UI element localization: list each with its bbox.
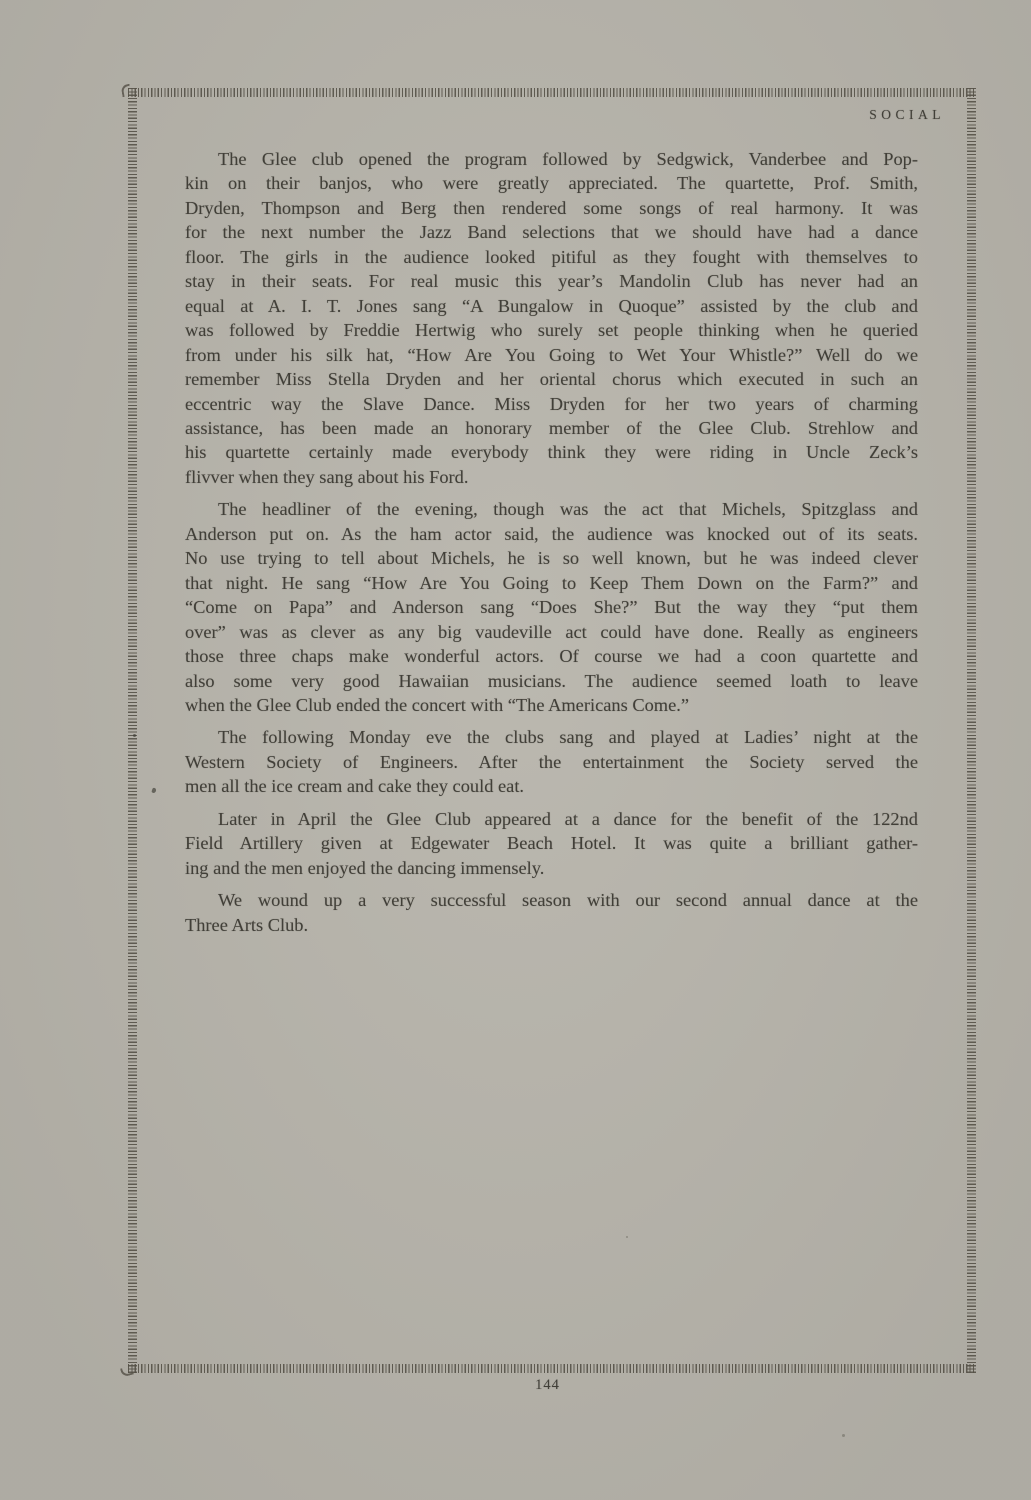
text-line: that night. He sang “How Are You Going t… bbox=[185, 571, 918, 595]
paragraph: The following Monday eve the clubs sang … bbox=[185, 725, 918, 798]
paragraph: Later in April the Glee Club appeared at… bbox=[185, 807, 918, 880]
text-line: over” was as clever as any big vaudevill… bbox=[185, 620, 918, 644]
text-line: men all the ice cream and cake they coul… bbox=[185, 774, 918, 798]
text-line: floor. The girls in the audience looked … bbox=[185, 245, 918, 269]
text-line: ing and the men enjoyed the dancing imme… bbox=[185, 856, 918, 880]
text-line: assistance, has been made an honorary me… bbox=[185, 416, 918, 440]
text-line: The headliner of the evening, though was… bbox=[185, 497, 918, 521]
text-line: remember Miss Stella Dryden and her orie… bbox=[185, 367, 918, 391]
page-number: 144 bbox=[0, 1377, 1031, 1394]
text-line: Anderson put on. As the ham actor said, … bbox=[185, 522, 918, 546]
paper-speck bbox=[626, 1236, 628, 1238]
text-line: The following Monday eve the clubs sang … bbox=[185, 725, 918, 749]
text-line: No use trying to tell about Michels, he … bbox=[185, 546, 918, 570]
border-bottom bbox=[128, 1364, 976, 1373]
text-line: eccentric way the Slave Dance. Miss Dryd… bbox=[185, 392, 918, 416]
text-line: Field Artillery given at Edgewater Beach… bbox=[185, 831, 918, 855]
paragraph: The headliner of the evening, though was… bbox=[185, 497, 918, 717]
text-line: Three Arts Club. bbox=[185, 913, 918, 937]
text-line: Dryden, Thompson and Berg then rendered … bbox=[185, 196, 918, 220]
text-line: flivver when they sang about his Ford. bbox=[185, 465, 918, 489]
paper-speck bbox=[828, 210, 830, 212]
text-line: The Glee club opened the program followe… bbox=[185, 147, 918, 171]
border-top bbox=[128, 88, 976, 97]
text-line: Later in April the Glee Club appeared at… bbox=[185, 807, 918, 831]
text-line: We wound up a very successful season wit… bbox=[185, 888, 918, 912]
scanned-book-page: SOCIAL The Glee club opened the program … bbox=[0, 0, 1031, 1500]
text-line: equal at A. I. T. Jones sang “A Bungalow… bbox=[185, 294, 918, 318]
paper-speck bbox=[842, 1434, 845, 1437]
text-line: stay in their seats. For real music this… bbox=[185, 269, 918, 293]
text-line: when the Glee Club ended the concert wit… bbox=[185, 693, 918, 717]
text-line: was followed by Freddie Hertwig who sure… bbox=[185, 318, 918, 342]
border-left bbox=[128, 88, 137, 1373]
border-corner-curl bbox=[120, 1366, 134, 1378]
paragraph: We wound up a very successful season wit… bbox=[185, 888, 918, 937]
text-line: his quartette certainly made everybody t… bbox=[185, 440, 918, 464]
text-line: also some very good Hawaiian musicians. … bbox=[185, 669, 918, 693]
article-text: The Glee club opened the program followe… bbox=[185, 147, 918, 937]
text-line: “Come on Papa” and Anderson sang “Does S… bbox=[185, 595, 918, 619]
text-line: from under his silk hat, “How Are You Go… bbox=[185, 343, 918, 367]
text-line: for the next number the Jazz Band select… bbox=[185, 220, 918, 244]
paper-speck bbox=[133, 734, 136, 737]
running-head: SOCIAL bbox=[869, 107, 945, 123]
text-line: Western Society of Engineers. After the … bbox=[185, 750, 918, 774]
border-corner-curl bbox=[121, 84, 132, 97]
text-line: those three chaps make wonderful actors.… bbox=[185, 644, 918, 668]
text-line: kin on their banjos, who were greatly ap… bbox=[185, 171, 918, 195]
border-right bbox=[967, 88, 976, 1373]
paragraph: The Glee club opened the program followe… bbox=[185, 147, 918, 489]
